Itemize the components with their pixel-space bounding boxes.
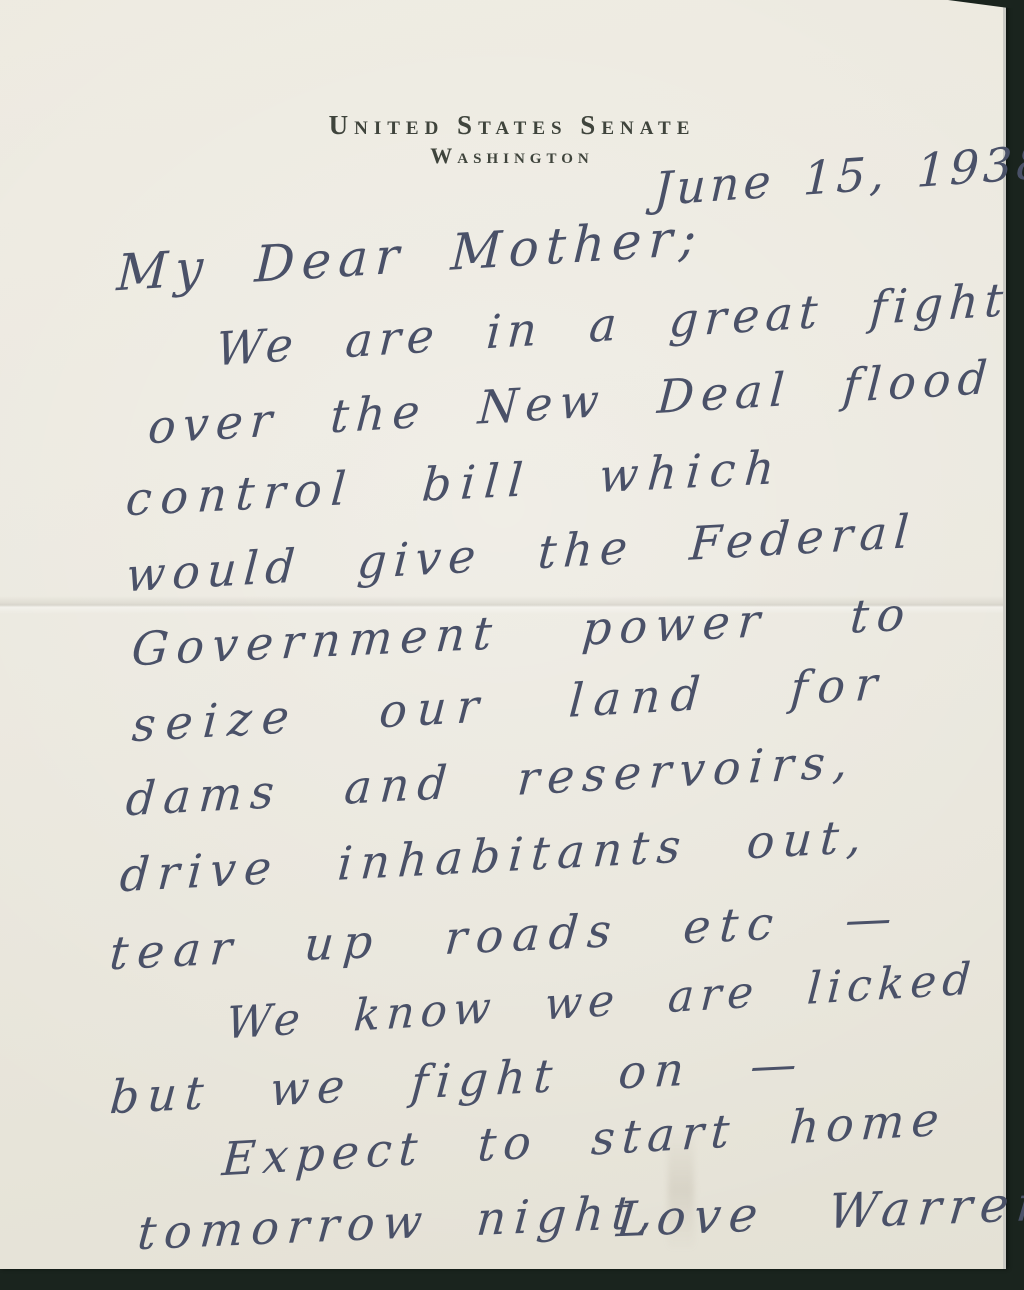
letterhead-title: United States Senate: [0, 110, 1024, 141]
